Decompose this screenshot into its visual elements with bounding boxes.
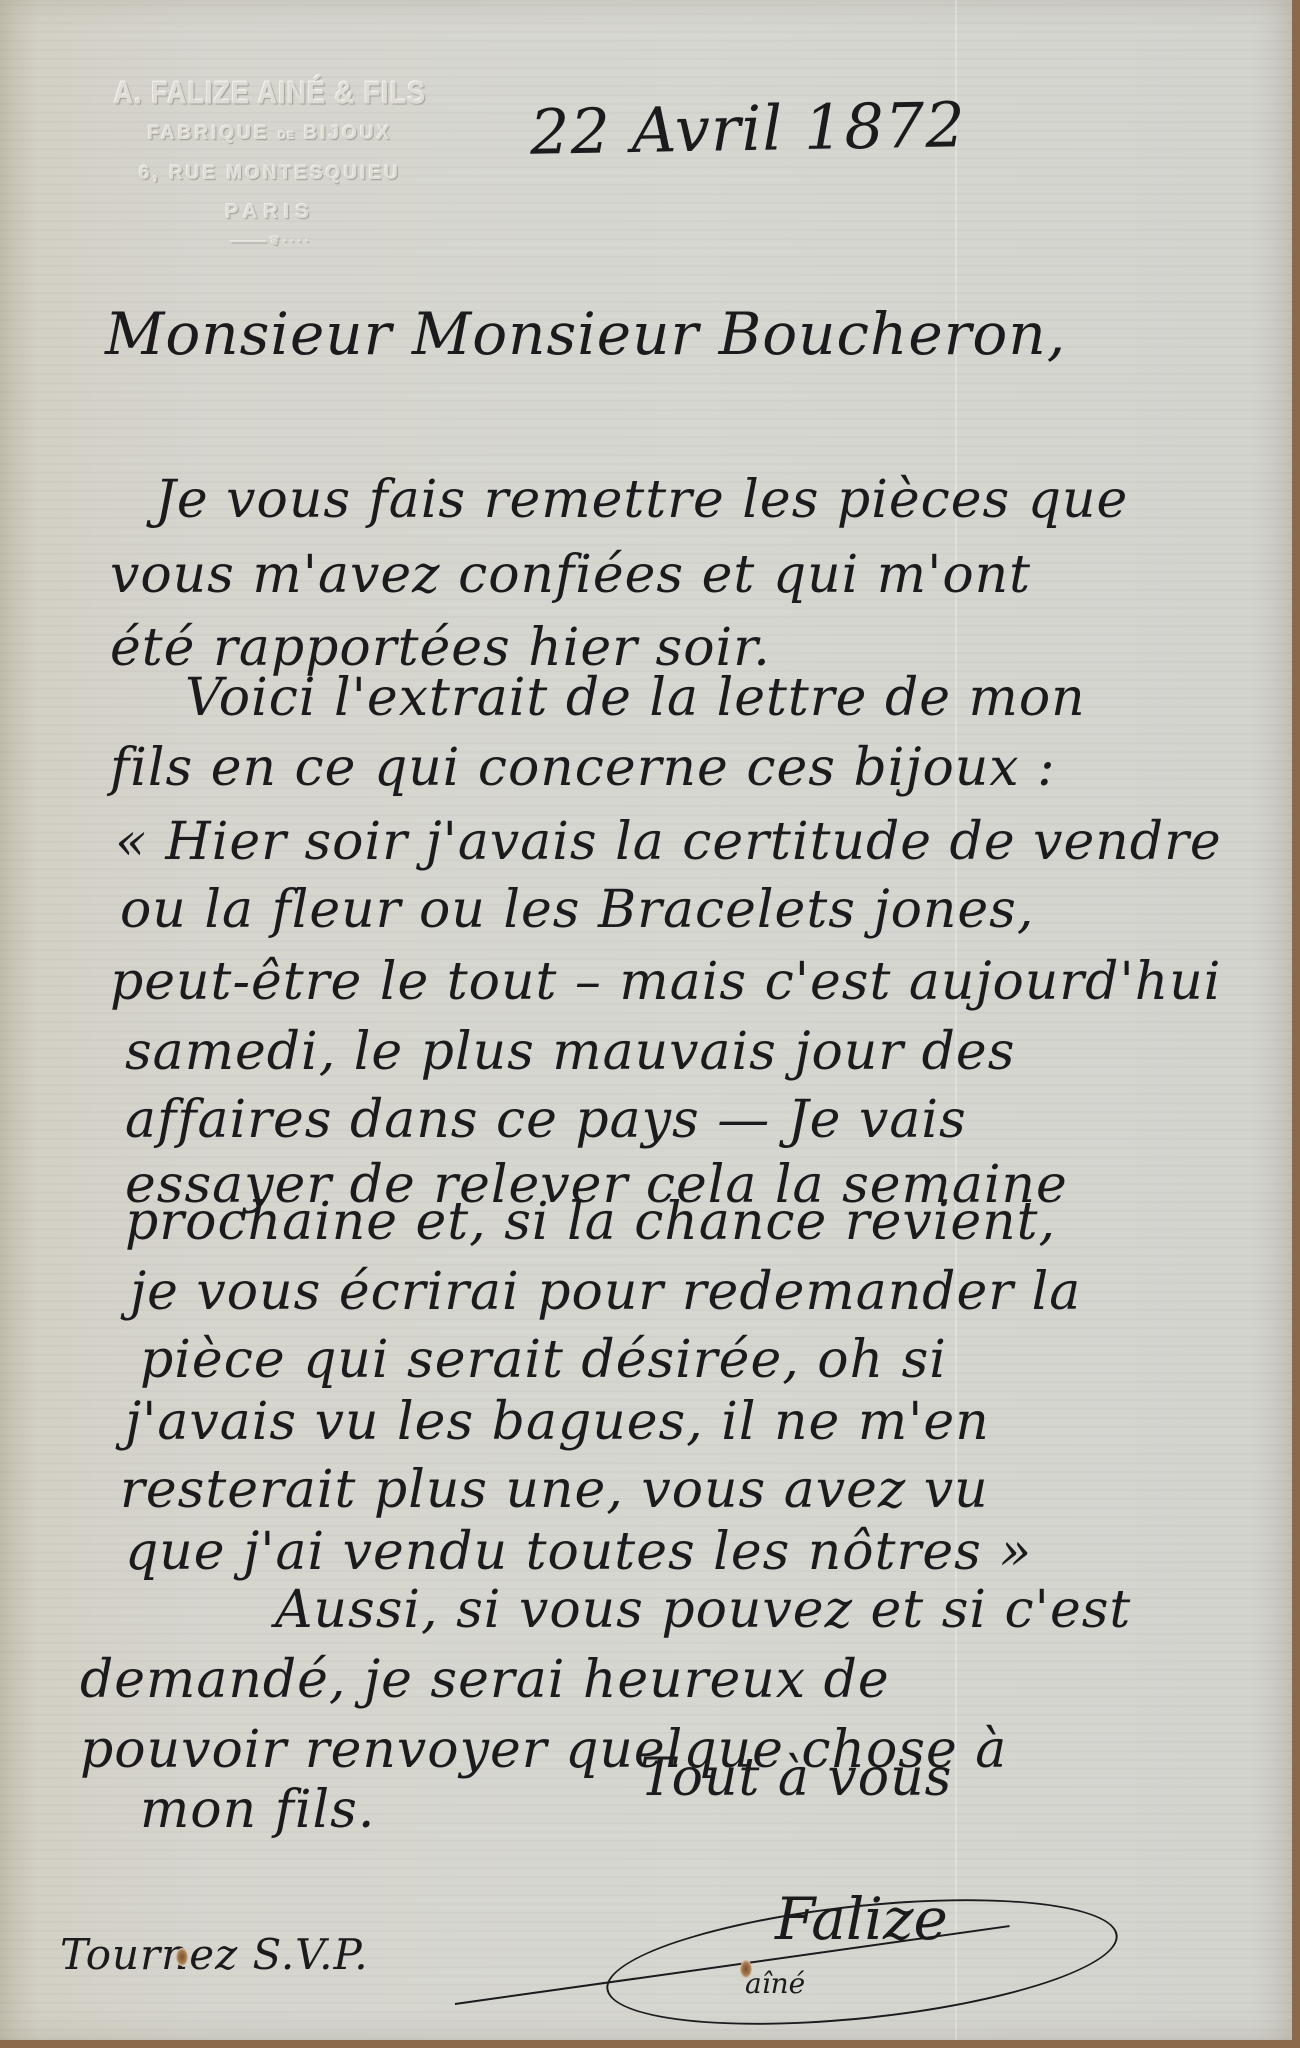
letterhead-trade: FABRIQUE DE BIJOUX (70, 123, 470, 145)
body-line: prochaine et, si la chance revient, (125, 1192, 1056, 1252)
body-line: peut-être le tout – mais c'est aujourd'h… (110, 952, 1221, 1012)
body-line: pièce qui serait désirée, oh si (140, 1330, 947, 1390)
letterhead-trade-prefix: FABRIQUE (148, 123, 270, 144)
letter-paper: A. FALIZE AINÉ & FILS FABRIQUE DE BIJOUX… (0, 0, 1292, 2040)
body-line: que j'ai vendu toutes les nôtres » (125, 1522, 1032, 1582)
body-line: demandé, je serai heureux de (80, 1650, 890, 1710)
signature: Falize aîné (575, 1885, 1135, 2025)
turn-over-note: Tournez S.V.P. (60, 1930, 369, 1979)
body-line: samedi, le plus mauvais jour des (125, 1022, 1015, 1082)
signature-name: Falize (775, 1885, 948, 1953)
letterhead-firm-name: A. FALIZE AINÉ & FILS (70, 76, 470, 112)
body-line: Je vous fais remettre les pièces que (155, 470, 1128, 530)
body-line: vous m'avez confiées et qui m'ont (110, 545, 1031, 605)
letterhead: A. FALIZE AINÉ & FILS FABRIQUE DE BIJOUX… (70, 78, 470, 248)
signature-title: aîné (745, 1967, 805, 2000)
letter-date: 22 Avril 1872 (529, 88, 966, 169)
body-line: fils en ce qui concerne ces bijoux : (110, 738, 1056, 798)
body-line: je vous écrirai pour redemander la (130, 1262, 1081, 1322)
closing: Tout à vous (640, 1748, 952, 1808)
body-line: mon fils. (140, 1780, 375, 1840)
body-line: j'avais vu les bagues, il ne m'en (125, 1392, 990, 1452)
letterhead-city: PARIS (70, 201, 470, 224)
body-line: Aussi, si vous pouvez et si c'est (275, 1580, 1131, 1640)
letterhead-trade-de: DE (278, 130, 295, 142)
body-line: Voici l'extrait de la lettre de mon (185, 668, 1086, 728)
punch-hole-icon (176, 1948, 188, 1966)
letterhead-ornament-icon: ——— ❦ · · · · (70, 234, 470, 248)
letterhead-trade-suffix: BIJOUX (304, 123, 393, 144)
letterhead-address: 6, RUE MONTESQUIEU (70, 163, 470, 185)
punch-hole-icon (740, 1960, 752, 1978)
salutation: Monsieur Monsieur Boucheron, (105, 300, 1066, 368)
body-line: resterait plus une, vous avez vu (120, 1460, 989, 1520)
body-line: ou la fleur ou les Bracelets jones, (120, 880, 1034, 940)
body-line: « Hier soir j'avais la certitude de vend… (115, 812, 1222, 872)
body-line: affaires dans ce pays — Je vais (125, 1090, 967, 1150)
